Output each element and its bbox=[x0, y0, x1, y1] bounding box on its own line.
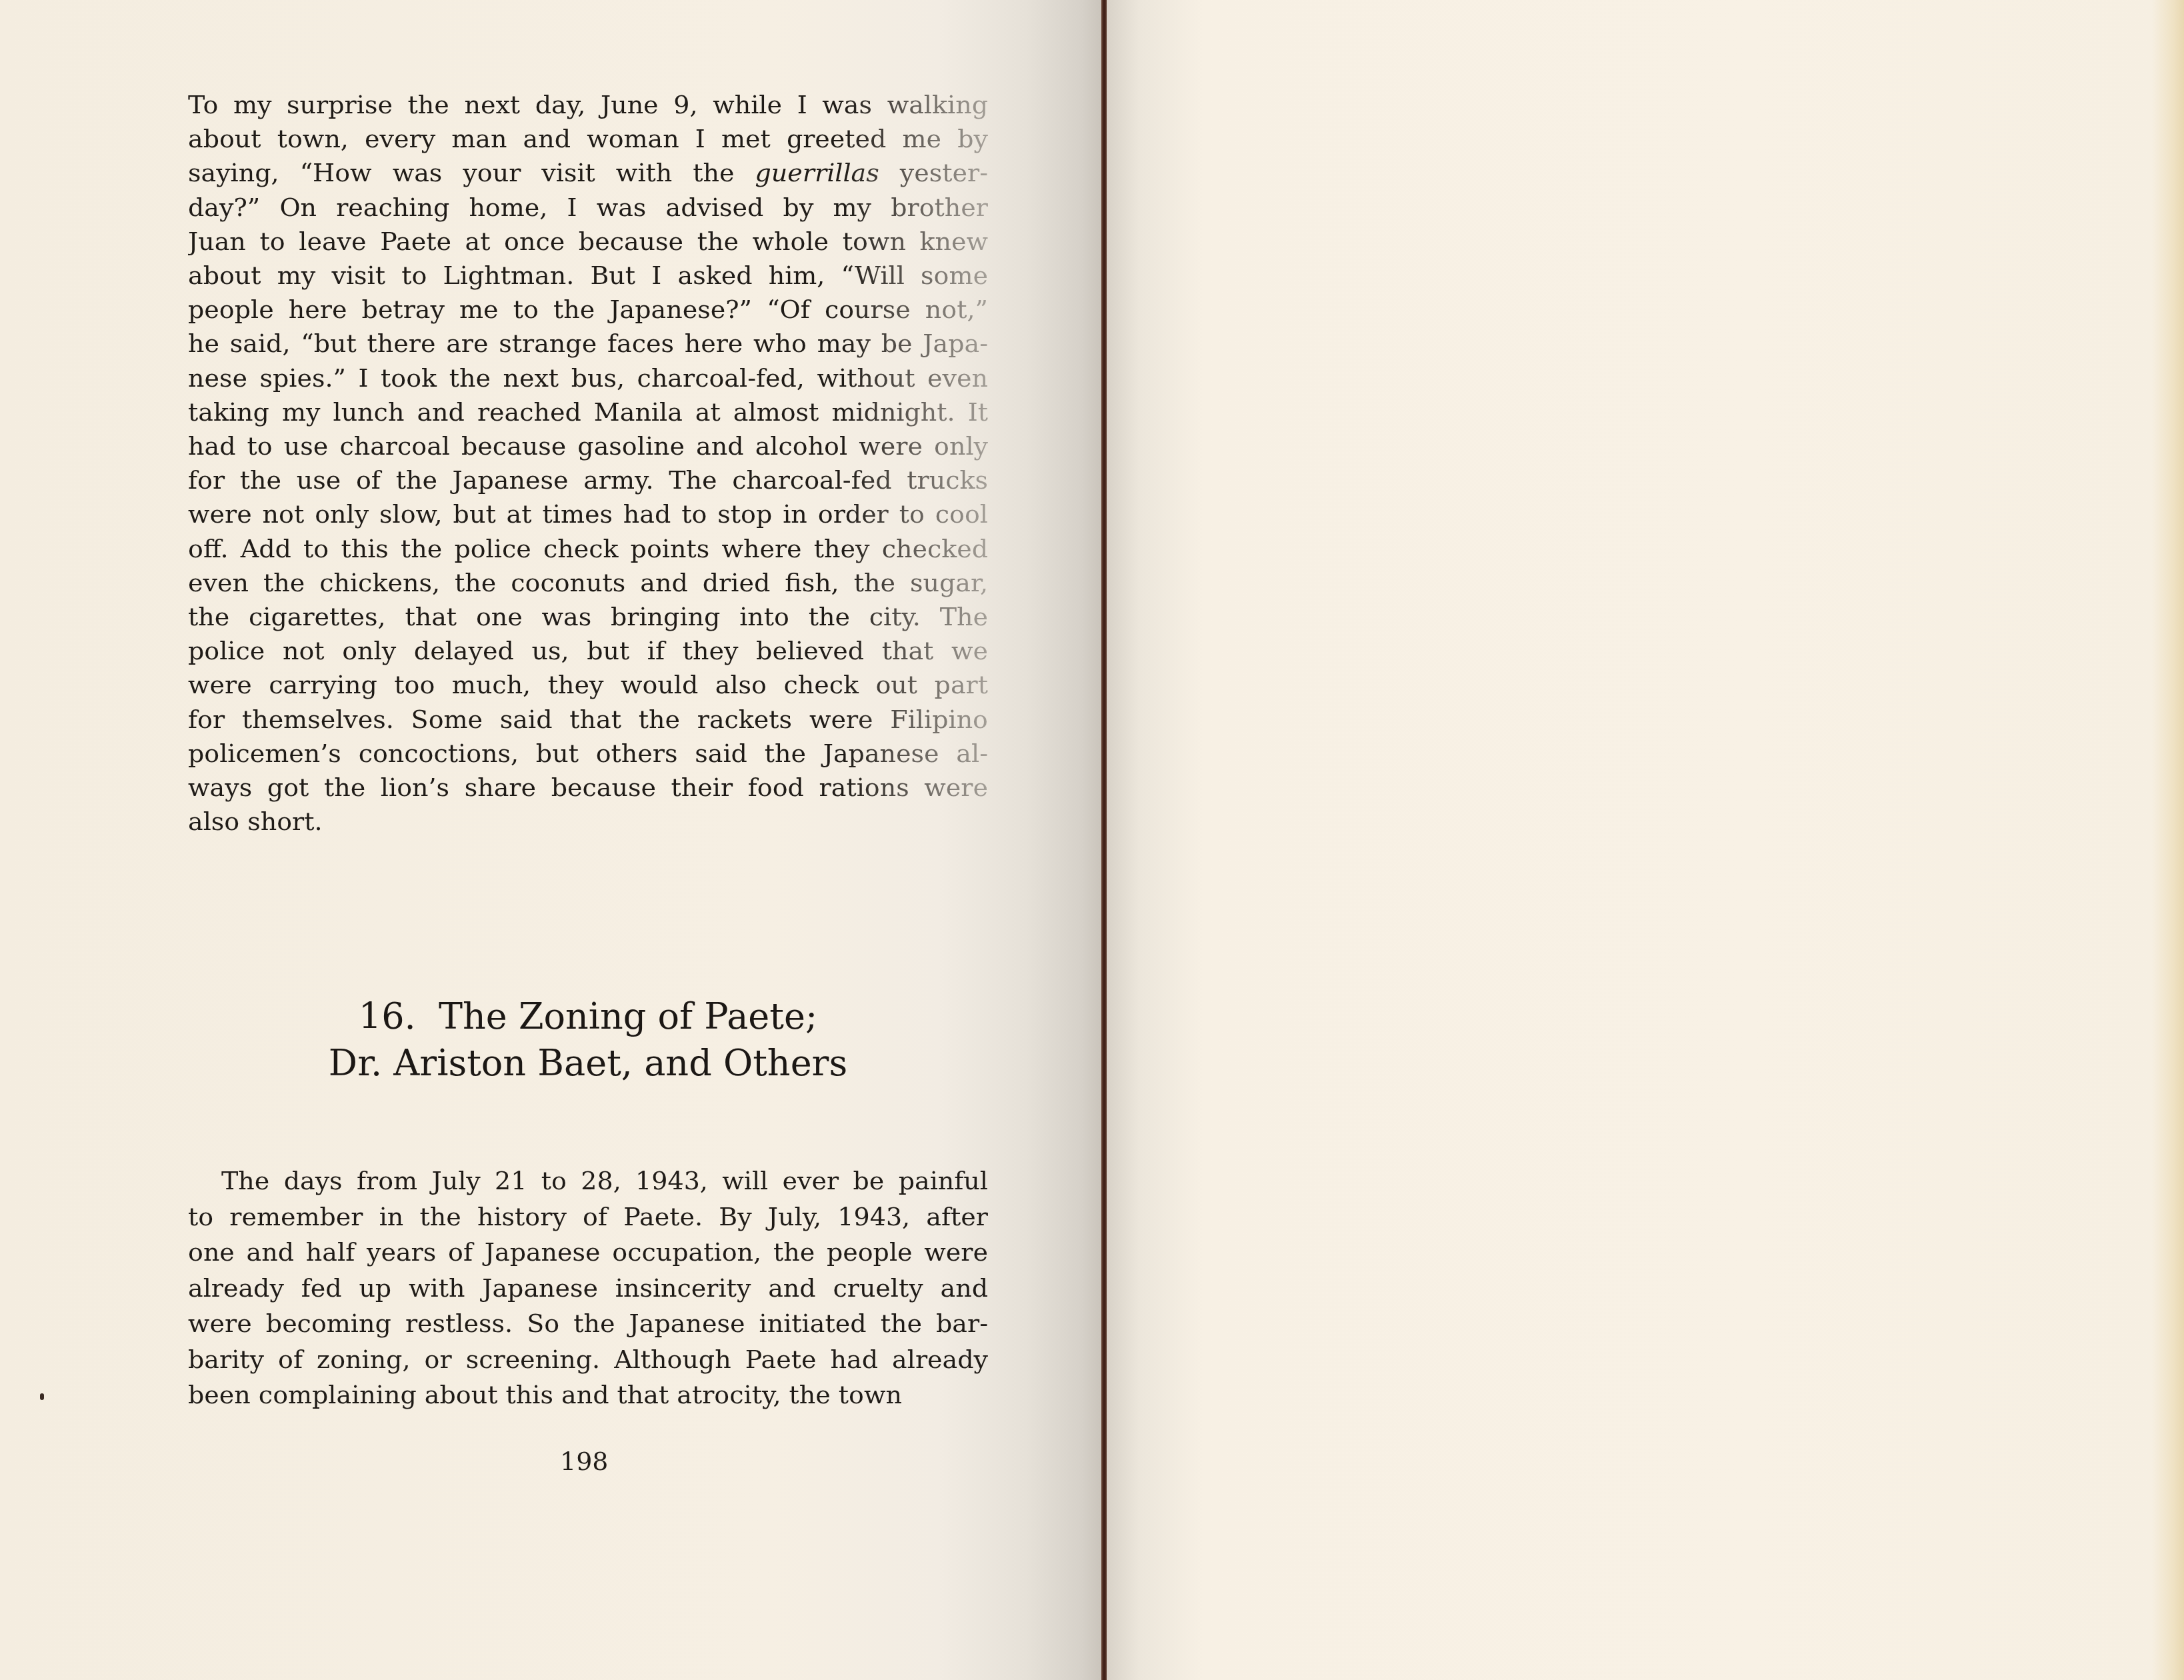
text-line: to remember in the history of Paete. By … bbox=[188, 1199, 988, 1235]
text-line: barity of zoning, or screening. Although… bbox=[188, 1342, 988, 1378]
text-line: policemen’s concoctions, but others said… bbox=[188, 737, 988, 771]
text-line: To my surprise the next day, June 9, whi… bbox=[188, 88, 988, 122]
text-line: for themselves. Some said that the racke… bbox=[188, 703, 988, 737]
left-page-paragraph-2: The days from July 21 to 28, 1943, will … bbox=[188, 1163, 988, 1413]
left-page: To my surprise the next day, June 9, whi… bbox=[0, 0, 1103, 1680]
chapter-heading: 16. The Zoning of Paete; Dr. Ariston Bae… bbox=[188, 993, 988, 1087]
text-line: nese spies.” I took the next bus, charco… bbox=[188, 361, 988, 395]
text-segment: yester- bbox=[879, 158, 988, 187]
text-line: off. Add to this the police check points… bbox=[188, 532, 988, 566]
text-segment: saying, “How was your visit with the bbox=[188, 158, 755, 187]
book-gutter bbox=[1101, 0, 1107, 1680]
text-line: about my visit to Lightman. But I asked … bbox=[188, 259, 988, 293]
open-book-spread: To my surprise the next day, June 9, whi… bbox=[0, 0, 2184, 1680]
text-line: day?” On reaching home, I was advised by… bbox=[188, 191, 988, 225]
text-line: saying, “How was your visit with the gue… bbox=[188, 156, 988, 190]
chapter-title-text: The Zoning of Paete; bbox=[439, 995, 817, 1037]
left-page-paragraph-1: To my surprise the next day, June 9, whi… bbox=[188, 88, 988, 839]
text-line: had to use charcoal because gasoline and… bbox=[188, 429, 988, 463]
chapter-number: 16. bbox=[359, 995, 416, 1037]
text-line: were not only slow, but at times had to … bbox=[188, 497, 988, 531]
text-line: The days from July 21 to 28, 1943, will … bbox=[188, 1163, 988, 1199]
text-line: taking my lunch and reached Manila at al… bbox=[188, 395, 988, 429]
text-line: Juan to leave Paete at once because the … bbox=[188, 225, 988, 259]
text-line: were carrying too much, they would also … bbox=[188, 668, 988, 702]
text-line: one and half years of Japanese occupatio… bbox=[188, 1235, 988, 1271]
text-line: for the use of the Japanese army. The ch… bbox=[188, 463, 988, 497]
text-line: ways got the lion’s share because their … bbox=[188, 771, 988, 805]
ink-speck bbox=[40, 1393, 44, 1400]
text-line: also short. bbox=[188, 805, 988, 839]
text-line: been complaining about this and that atr… bbox=[188, 1377, 988, 1413]
text-line: about town, every man and woman I met gr… bbox=[188, 122, 988, 156]
text-line: he said, “but there are strange faces he… bbox=[188, 327, 988, 361]
chapter-title-line-1: 16. The Zoning of Paete; bbox=[188, 993, 988, 1040]
text-line: the cigarettes, that one was bringing in… bbox=[188, 600, 988, 634]
chapter-title-line-2: Dr. Ariston Baet, and Others bbox=[188, 1040, 988, 1087]
italic-term: guerrillas bbox=[755, 158, 879, 187]
text-line: were becoming restless. So the Japanese … bbox=[188, 1306, 988, 1342]
text-line: even the chickens, the coconuts and drie… bbox=[188, 566, 988, 600]
text-line: people here betray me to the Japanese?” … bbox=[188, 293, 988, 327]
text-line: already fed up with Japanese insincerity… bbox=[188, 1271, 988, 1307]
page-number-left: 198 bbox=[560, 1447, 609, 1476]
text-line: police not only delayed us, but if they … bbox=[188, 634, 988, 668]
right-page: had not yet fully experienced the effect… bbox=[1107, 0, 2184, 1680]
